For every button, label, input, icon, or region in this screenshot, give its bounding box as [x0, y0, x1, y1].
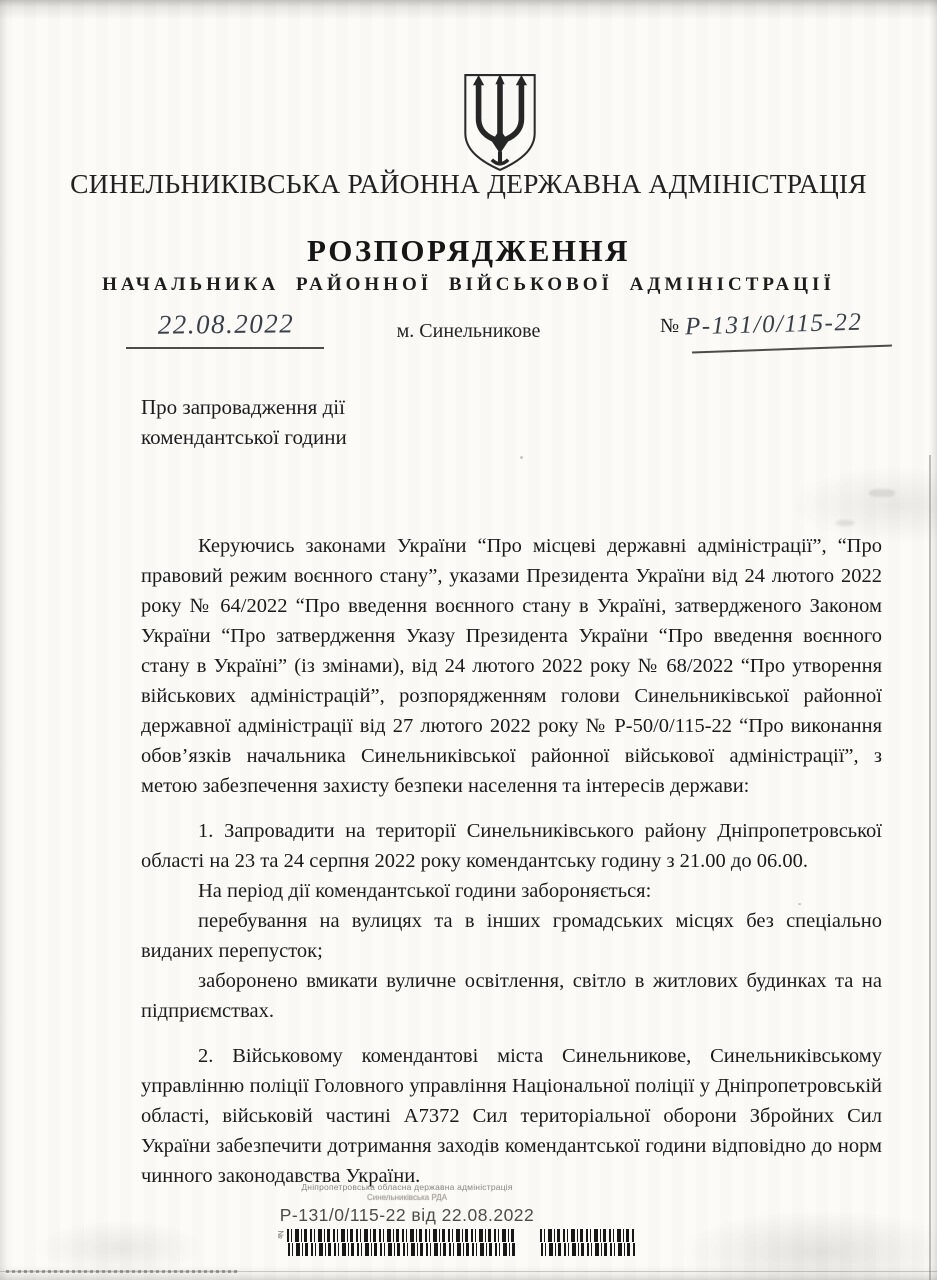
- item-1-subparagraph-c: заборонено вмикати вуличне освітлення, с…: [141, 966, 882, 1026]
- subject-block: Про запровадження дії комендантської год…: [141, 392, 347, 452]
- number-underline: [692, 345, 892, 354]
- scan-artifact: [869, 489, 895, 497]
- barcode-bar: [540, 1243, 636, 1256]
- subject-line-1: Про запровадження дії: [141, 392, 347, 422]
- item-1-subparagraph-a: На період дії комендантської години забо…: [141, 876, 882, 906]
- scan-artifact: [798, 903, 801, 905]
- barcode: [287, 1229, 636, 1256]
- barcode-segment-1: [287, 1229, 515, 1256]
- organization-name: СИНЕЛЬНИКІВСЬКА РАЙОННА ДЕРЖАВНА АДМІНІС…: [0, 169, 937, 200]
- handwritten-number: Р-131/0/115-22: [685, 309, 863, 342]
- barcode-segment-2: [540, 1229, 636, 1256]
- item-1-subparagraph-b: перебування на вулицях та в інших громад…: [141, 906, 882, 966]
- barcode-bar: [287, 1243, 515, 1256]
- stamp-suborg-line: Синельниківська РДА: [272, 1193, 542, 1202]
- scanned-document-page: СИНЕЛЬНИКІВСЬКА РАЙОННА ДЕРЖАВНА АДМІНІС…: [0, 0, 937, 1280]
- scan-edge-line: [929, 455, 931, 1280]
- registration-stamp: Дніпропетровська обласна державна адміні…: [272, 1182, 542, 1226]
- document-body: Керуючись законами України “Про місцеві …: [141, 531, 882, 1191]
- scan-artifact: [836, 520, 854, 526]
- preamble-paragraph: Керуючись законами України “Про місцеві …: [141, 531, 882, 801]
- number-sign: №: [660, 315, 679, 337]
- item-2-paragraph: 2. Військовому комендантові міста Синель…: [141, 1041, 882, 1191]
- stamp-org-line: Дніпропетровська обласна державна адміні…: [272, 1182, 542, 1192]
- scan-artifact: [520, 456, 523, 459]
- scan-bottom-dotted-line: [6, 1270, 238, 1273]
- document-type-title: РОЗПОРЯДЖЕННЯ: [0, 233, 937, 269]
- item-1-paragraph: 1. Запровадити на території Синельниківс…: [141, 816, 882, 876]
- subject-line-2: комендантської години: [141, 422, 347, 452]
- document-subtitle: НАЧАЛЬНИКА РАЙОННОЇ ВІЙСЬКОВОЇ АДМІНІСТР…: [0, 274, 937, 296]
- barcode-bar: [540, 1229, 636, 1242]
- document-number: №Р-131/0/115-22: [660, 311, 892, 339]
- ukraine-trident-icon: [455, 72, 545, 174]
- stamp-number-date-line: Р-131/0/115-22 від 22.08.2022: [272, 1205, 542, 1226]
- barcode-side-mark: №: [276, 1230, 285, 1239]
- barcode-bar: [287, 1229, 515, 1242]
- date-underline: [126, 347, 324, 349]
